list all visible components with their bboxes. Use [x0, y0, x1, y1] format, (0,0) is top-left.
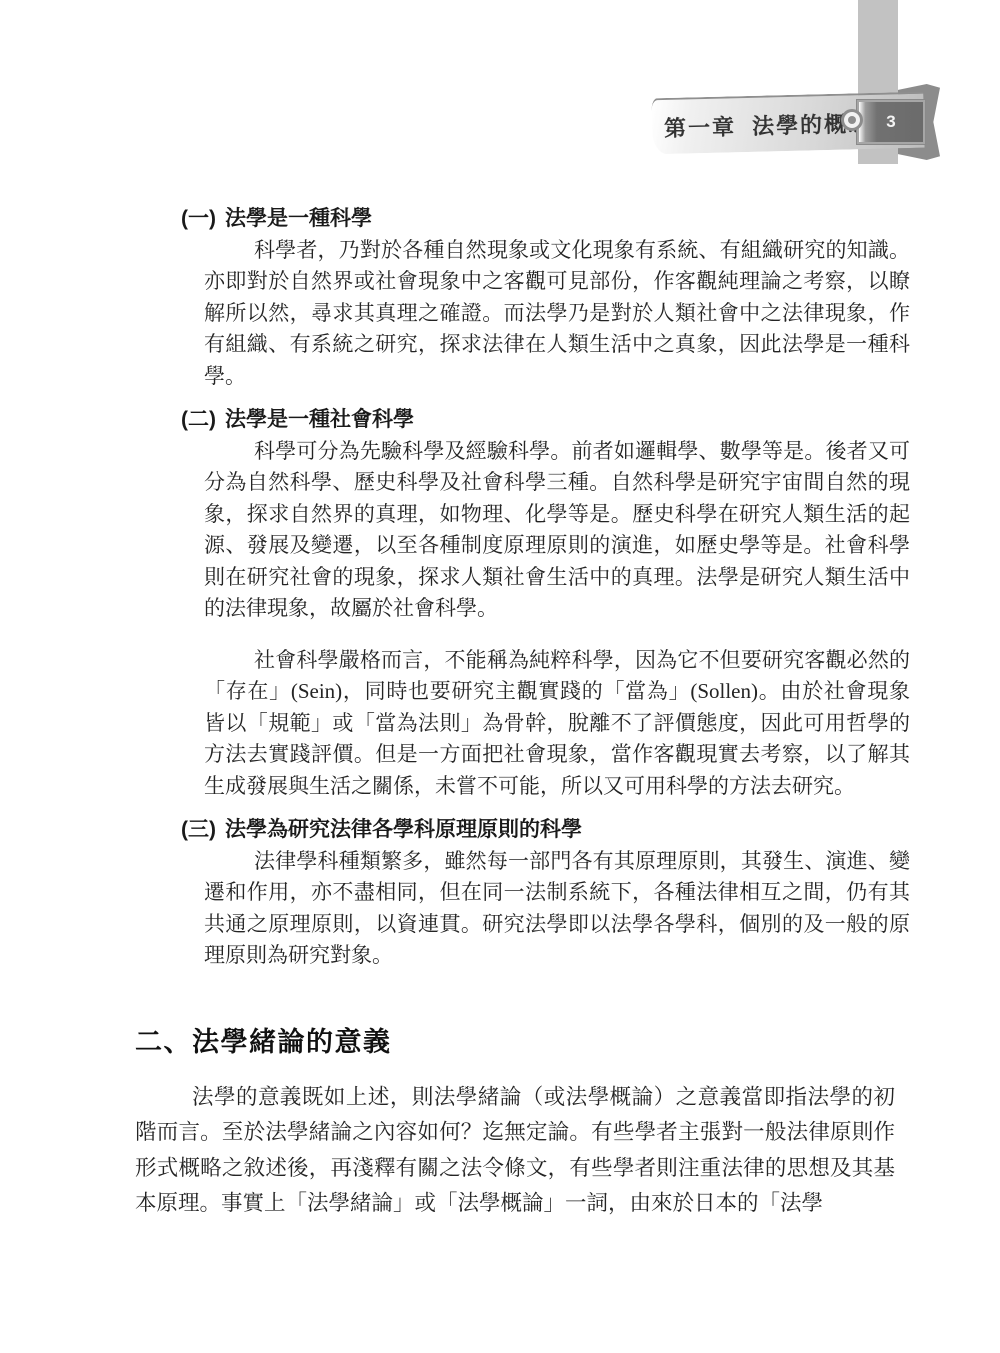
book-page: 第一章法學的概念 3 (一)法學是一種科學 科學者，乃對於各種自然現象或文化現象… — [0, 0, 1000, 1353]
section-heading: 二、法學緒論的意義 — [135, 1020, 910, 1064]
section-three: (三)法學為研究法律各學科原理原則的科學 法律學科種類繁多，雖然每一部門各有其原… — [135, 814, 910, 972]
section-two: (二)法學是一種社會科學 科學可分為先驗科學及經驗科學。前者如邏輯學、數學等是。… — [135, 404, 910, 802]
chapter-label: 第一章 — [664, 114, 737, 141]
page-number-box: 3 — [857, 100, 925, 144]
section-one: (一)法學是一種科學 科學者，乃對於各種自然現象或文化現象有系統、有組織研究的知… — [135, 203, 910, 392]
bullseye-icon — [841, 109, 863, 131]
section-title: (三)法學為研究法律各學科原理原則的科學 — [135, 814, 910, 846]
section-marker: (二) — [181, 408, 216, 431]
section-marker: (三) — [181, 818, 216, 841]
section-marker: (一) — [181, 207, 216, 230]
chapter-header-text: 第一章法學的概念 — [652, 106, 873, 142]
intro-paragraph: 法學的意義既如上述，則法學緒論（或法學概論）之意義當即指法學的初階而言。至於法學… — [135, 1080, 895, 1222]
section-title-text: 法學為研究法律各學科原理原則的科學 — [225, 818, 582, 841]
section-title: (一)法學是一種科學 — [135, 203, 910, 235]
page-number: 3 — [886, 112, 895, 132]
page-content: (一)法學是一種科學 科學者，乃對於各種自然現象或文化現象有系統、有組織研究的知… — [135, 203, 910, 1222]
section-title: (二)法學是一種社會科學 — [135, 404, 910, 436]
body-paragraph: 科學者，乃對於各種自然現象或文化現象有系統、有組織研究的知識。亦即對於自然界或社… — [204, 235, 910, 393]
bullseye-dot — [848, 116, 856, 124]
body-paragraph: 社會科學嚴格而言，不能稱為純粹科學，因為它不但要研究客觀必然的「存在」(Sein… — [204, 645, 910, 803]
section-title-text: 法學是一種科學 — [225, 207, 372, 230]
body-paragraph: 科學可分為先驗科學及經驗科學。前者如邏輯學、數學等是。後者又可分為自然科學、歷史… — [204, 436, 910, 625]
body-paragraph: 法律學科種類繁多，雖然每一部門各有其原理原則，其發生、演進、變遷和作用，亦不盡相… — [204, 846, 910, 972]
section-title-text: 法學是一種社會科學 — [225, 408, 414, 431]
